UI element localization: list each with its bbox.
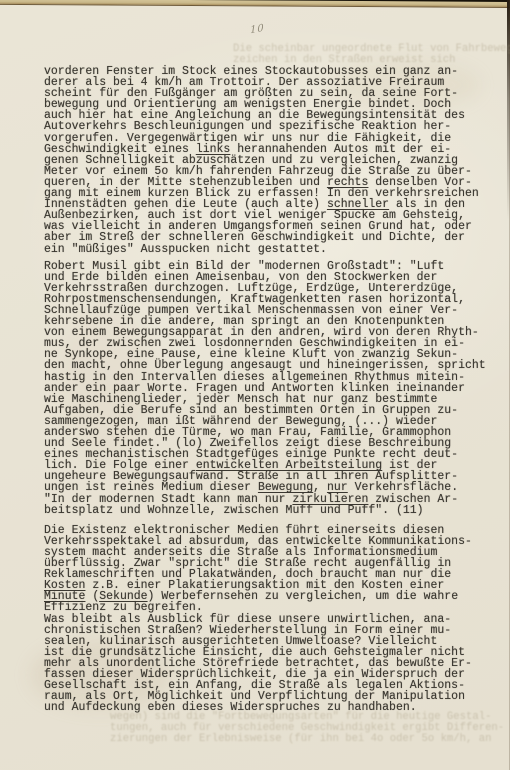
text-segment: ein "müßiges" Ausspucken nicht gestattet…	[44, 243, 327, 256]
text-line: zierungen der Erlebnisweise (für ihn bei…	[110, 734, 504, 745]
text-line: und Aufdeckung eben dieses Widerspruches…	[44, 702, 489, 713]
text-line: ein "müßiges" Ausspucken nicht gestattet…	[44, 244, 489, 255]
text-segment: beitsplatz und Wohnzelle, zwischen Muff …	[44, 504, 424, 517]
text-line: tungen, auch für verschiedene Geschwindi…	[110, 723, 504, 734]
typewritten-text-block: vorderen Fenster im Stock eines Stockaut…	[44, 66, 489, 713]
bleed-through-text-top: Die scheinbar ungeordnete Flut von Fahrb…	[233, 44, 510, 66]
text-line: beitsplatz und Wohnzelle, zwischen Muff …	[44, 505, 489, 516]
book-edge-tan-strip	[0, 0, 510, 8]
page-number: 10	[250, 23, 265, 37]
text-line: Die scheinbar ungeordnete Flut von Fahrb…	[233, 44, 510, 55]
text-segment: Die scheinbar ungeordnete Flut von Fahrb…	[233, 43, 510, 55]
paragraph: Die Existenz elektronischer Medien führt…	[44, 525, 489, 714]
text-segment: tungen, auch für verschiedene Geschwindi…	[110, 722, 504, 734]
paragraph: vorderen Fenster im Stock eines Stockaut…	[44, 66, 489, 255]
text-segment: und Aufdeckung eben dieses Widerspruches…	[44, 701, 417, 714]
text-segment: zierungen der Erlebnisweise (für ihn bei…	[110, 733, 491, 745]
scanned-book-page: Die scheinbar ungeordnete Flut von Fahrb…	[0, 0, 510, 770]
bleed-through-text-bottom: wegen) sind die "Fortbewegungsarten" für…	[110, 712, 504, 745]
paragraph: Robert Musil gibt ein Bild der "modernen…	[44, 261, 489, 516]
